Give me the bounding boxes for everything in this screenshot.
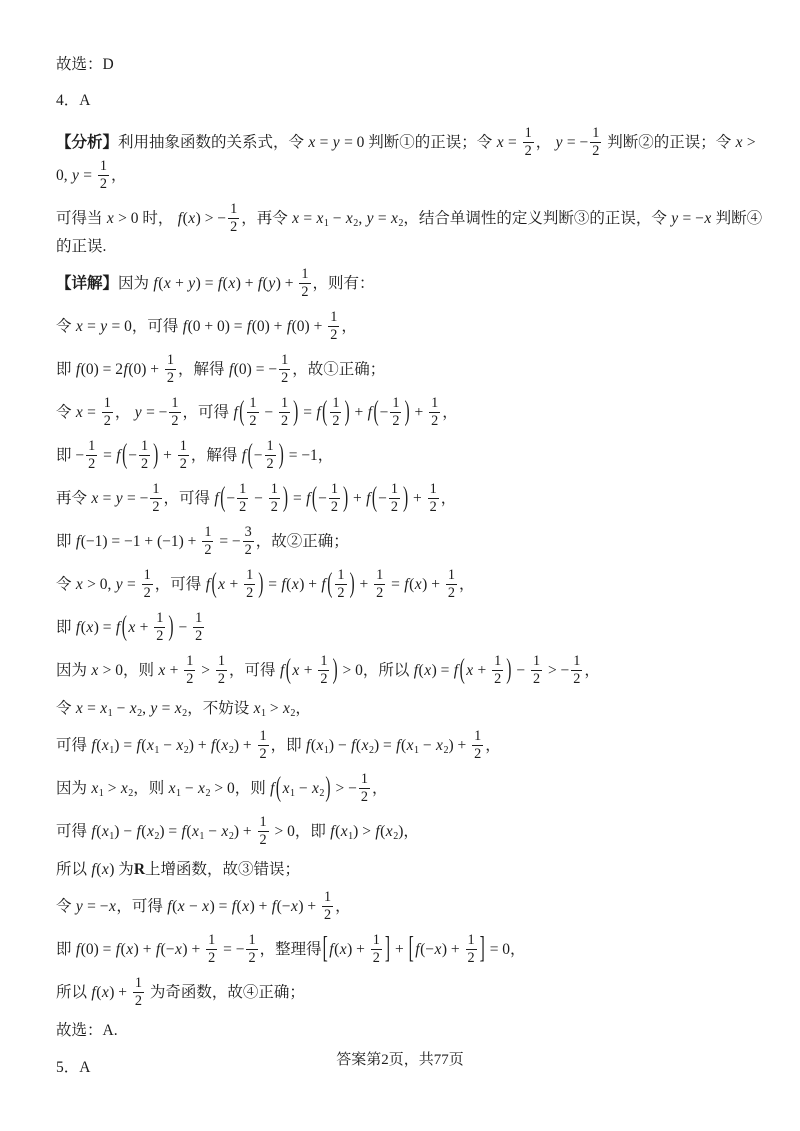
document-line: 令 x = x1 − x2, y = x2，不妨设 x1 > x2， [56, 698, 766, 720]
document-line: 令 x = y = 0，可得 f(0 + 0) = f(0) + f(0) + … [56, 311, 766, 344]
document-line: 再令 x = y = −12，可得 f(−12 − 12) = f(−12) +… [56, 483, 766, 516]
document-line: 可得 f(x1) = f(x1 − x2) + f(x2) + 12，即 f(x… [56, 730, 766, 763]
document-line: 可得 f(x1) − f(x2) = f(x1 − x2) + 12 > 0，即… [56, 816, 766, 849]
document-line: 即 −12 = f(−12) + 12，解得 f(−12) = −1， [56, 440, 766, 473]
document-line: 即 f(0) = 2f(0) + 12，解得 f(0) = −12，故①正确； [56, 354, 766, 387]
document-line: 故选：A. [56, 1020, 766, 1042]
document-line: 即 f(0) = f(x) + f(−x) + 12 = −12，整理得[f(x… [56, 934, 766, 967]
document-line: 因为 x > 0，则 x + 12 > 12，可得 f(x + 12) > 0，… [56, 655, 766, 688]
document-line: 即 f(−1) = −1 + (−1) + 12 = −32，故②正确； [56, 526, 766, 559]
document-line: 【分析】利用抽象函数的关系式，令 x = y = 0 判断①的正误；令 x = … [56, 127, 766, 193]
document-line: 令 x > 0, y = 12，可得 f(x + 12) = f(x) + f(… [56, 569, 766, 602]
document-line: 所以 f(x) 为R上增函数，故③错误； [56, 859, 766, 881]
document-line: 【详解】因为 f(x + y) = f(x) + f(y) + 12，则有： [56, 268, 766, 301]
document-line: 令 y = −x，可得 f(x − x) = f(x) + f(−x) + 12… [56, 891, 766, 924]
answer-content: 故选：D4．A【分析】利用抽象函数的关系式，令 x = y = 0 判断①的正误… [0, 0, 800, 1079]
document-page: 故选：D4．A【分析】利用抽象函数的关系式，令 x = y = 0 判断①的正误… [0, 0, 800, 1131]
document-line: 令 x = 12， y = −12，可得 f(12 − 12) = f(12) … [56, 397, 766, 430]
document-line: 所以 f(x) + 12 为奇函数，故④正确； [56, 977, 766, 1010]
document-line: 可得当 x > 0 时， f(x) > −12，再令 x = x1 − x2, … [56, 203, 766, 258]
footer-page-indicator: 答案第2页，共77页 [336, 1052, 464, 1068]
document-line: 因为 x1 > x2，则 x1 − x2 > 0，则 f(x1 − x2) > … [56, 773, 766, 806]
page-footer: 答案第2页，共77页 [0, 1048, 800, 1069]
document-line: 故选：D [56, 54, 766, 76]
document-line: 即 f(x) = f(x + 12) − 12 [56, 612, 766, 645]
document-line: 4．A [56, 90, 766, 112]
